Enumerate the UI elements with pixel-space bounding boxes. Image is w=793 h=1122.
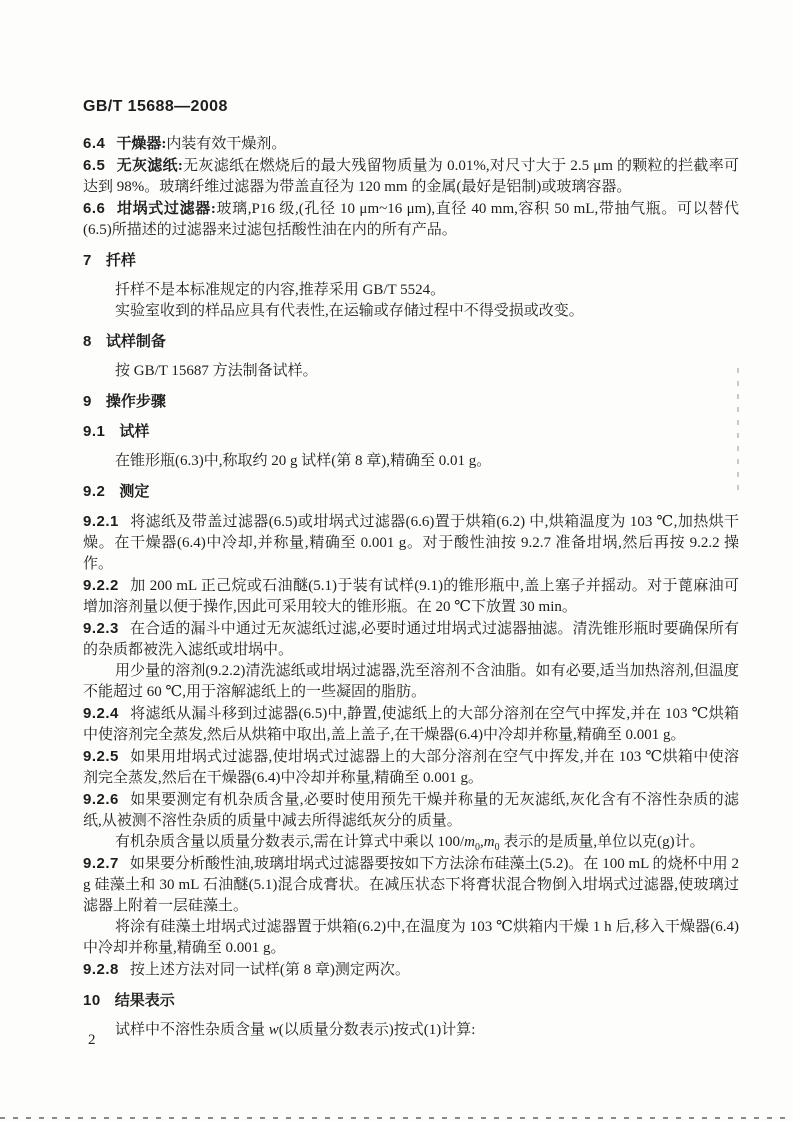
clause-number: 9.2.4 (83, 705, 130, 722)
clause-number: 9.2.6 (83, 791, 130, 808)
clause-text: 如果要分析酸性油,玻璃坩埚式过滤器要按如下方法涂布硅藻土(5.2)。在 100 … (83, 856, 739, 914)
clause-9-2-8: 9.2.8按上述方法对同一试样(第 8 章)测定两次。 (83, 959, 739, 981)
section-heading-7: 7扦样 (83, 250, 739, 271)
clause-term: 无灰滤纸: (116, 158, 182, 174)
para-sampling-1: 扦样不是本标准规定的内容,推荐采用 GB/T 5524。 (83, 280, 739, 301)
variable-w: w (269, 1022, 279, 1038)
clause-9-2-4: 9.2.4将滤纸从漏斗移到过滤器(6.5)中,静置,使滤纸上的大部分溶剂在空气中… (83, 703, 739, 746)
scan-artifact-bottom (0, 1117, 793, 1119)
clause-text: 内装有效干燥剂。 (166, 136, 286, 152)
clause-text: 在合适的漏斗中通过无灰滤纸过滤,必要时通过坩埚式过滤器抽滤。清洗锥形瓶时要确保所… (83, 621, 739, 658)
para-organic-impurity-note: 有机杂质含量以质量分数表示,需在计算式中乘以 100/m0,m0 表示的是质量,… (83, 832, 739, 853)
clause-6-6: 6.6坩埚式过滤器:玻璃,P16 级,(孔径 10 μm~16 μm),直径 4… (83, 198, 739, 241)
section-number: 8 (83, 333, 106, 350)
standard-number-header: GB/T 15688—2008 (83, 98, 739, 116)
section-number: 9.1 (83, 423, 119, 440)
clause-number: 6.6 (83, 200, 116, 217)
clause-9-2-6: 9.2.6如果要测定有机杂质含量,必要时使用预先干燥并称量的无灰滤纸,灰化含有不… (83, 789, 739, 832)
clause-number: 6.4 (83, 135, 116, 152)
section-heading-9-1: 9.1试样 (83, 421, 739, 442)
section-title: 试样制备 (106, 333, 166, 350)
page-content: GB/T 15688—2008 6.4干燥器:内装有效干燥剂。 6.5无灰滤纸:… (83, 98, 739, 1041)
page-number: 2 (88, 1032, 96, 1049)
clause-text: 如果要测定有机杂质含量,必要时使用预先干燥并称量的无灰滤纸,灰化含有不溶性杂质的… (83, 792, 739, 829)
clause-text: 如果用坩埚式过滤器,使坩埚式过滤器上的大部分溶剂在空气中挥发,并在 103 ℃烘… (83, 749, 739, 786)
clause-9-2-2: 9.2.2加 200 mL 正己烷或石油醚(5.1)于装有试样(9.1)的锥形瓶… (83, 575, 739, 618)
section-title: 操作步骤 (106, 393, 166, 410)
section-heading-9: 9操作步骤 (83, 391, 739, 412)
section-heading-9-2: 9.2测定 (83, 481, 739, 502)
section-number: 7 (83, 252, 106, 269)
result-text-post: (以质量分数表示)按式(1)计算: (279, 1022, 476, 1038)
para-result-formula-intro: 试样中不溶性杂质含量 w(以质量分数表示)按式(1)计算: (83, 1020, 739, 1041)
section-number: 9 (83, 393, 106, 410)
section-number: 10 (83, 992, 115, 1009)
para-sampling-2: 实验室收到的样品应具有代表性,在运输或存储过程中不得受损或改变。 (83, 301, 739, 322)
note-text-post: 表示的是质量,单位以克(g)计。 (500, 834, 705, 850)
clause-9-2-1: 9.2.1将滤纸及带盖过滤器(6.5)或坩埚式过滤器(6.6)置于烘箱(6.2)… (83, 511, 739, 575)
clause-text: 将滤纸从漏斗移到过滤器(6.5)中,静置,使滤纸上的大部分溶剂在空气中挥发,并在… (83, 706, 739, 743)
scan-artifact-right (737, 368, 739, 498)
clause-term: 干燥器: (116, 136, 166, 152)
section-title: 测定 (119, 483, 149, 500)
document-page: GB/T 15688—2008 6.4干燥器:内装有效干燥剂。 6.5无灰滤纸:… (0, 0, 793, 1122)
result-text-pre: 试样中不溶性杂质含量 (115, 1022, 269, 1038)
para-test-sample: 在锥形瓶(6.3)中,称取约 20 g 试样(第 8 章),精确至 0.01 g… (83, 451, 739, 472)
clause-number: 9.2.2 (83, 577, 130, 594)
clause-6-4: 6.4干燥器:内装有效干燥剂。 (83, 133, 739, 155)
clause-number: 6.5 (83, 157, 116, 174)
para-diatomite-drying: 将涂有硅藻土坩埚式过滤器置于烘箱(6.2)中,在温度为 103 ℃烘箱内干燥 1… (83, 917, 739, 959)
clause-6-5: 6.5无灰滤纸:无灰滤纸在燃烧后的最大残留物质量为 0.01%,对尺寸大于 2.… (83, 155, 739, 198)
section-heading-8: 8试样制备 (83, 331, 739, 352)
para-sample-prep: 按 GB/T 15687 方法制备试样。 (83, 361, 739, 382)
clause-9-2-7: 9.2.7如果要分析酸性油,玻璃坩埚式过滤器要按如下方法涂布硅藻土(5.2)。在… (83, 853, 739, 917)
section-title: 结果表示 (115, 992, 175, 1009)
clause-number: 9.2.8 (83, 961, 130, 978)
clause-number: 9.2.1 (83, 513, 130, 530)
variable-m0: m (464, 834, 475, 850)
section-heading-10: 10结果表示 (83, 990, 739, 1011)
clause-text: 按上述方法对同一试样(第 8 章)测定两次。 (130, 962, 410, 978)
para-washing-note: 用少量的溶剂(9.2.2)清洗滤纸或坩埚过滤器,洗至溶剂不含油脂。如有必要,适当… (83, 661, 739, 703)
section-number: 9.2 (83, 483, 119, 500)
clause-number: 9.2.7 (83, 855, 130, 872)
section-title: 扦样 (106, 252, 136, 269)
clause-9-2-3: 9.2.3在合适的漏斗中通过无灰滤纸过滤,必要时通过坩埚式过滤器抽滤。清洗锥形瓶… (83, 618, 739, 661)
clause-number: 9.2.3 (83, 620, 130, 637)
section-title: 试样 (119, 423, 149, 440)
variable-m0: m (484, 834, 495, 850)
clause-text: 将滤纸及带盖过滤器(6.5)或坩埚式过滤器(6.6)置于烘箱(6.2) 中,烘箱… (83, 514, 739, 572)
note-text-pre: 有机杂质含量以质量分数表示,需在计算式中乘以 100/ (115, 834, 464, 850)
clause-9-2-5: 9.2.5如果用坩埚式过滤器,使坩埚式过滤器上的大部分溶剂在空气中挥发,并在 1… (83, 746, 739, 789)
clause-number: 9.2.5 (83, 748, 130, 765)
clause-term: 坩埚式过滤器: (116, 201, 216, 217)
clause-text: 加 200 mL 正己烷或石油醚(5.1)于装有试样(9.1)的锥形瓶中,盖上塞… (83, 578, 739, 615)
